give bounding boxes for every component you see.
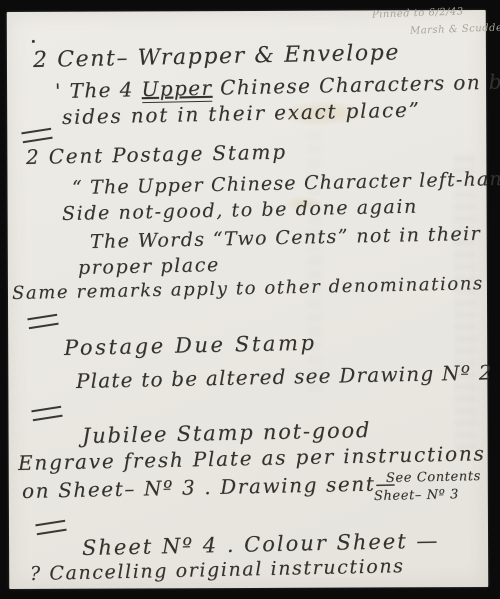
handwriting-line: Plate to be altered see Drawing Nº 2 [76,361,493,393]
handwriting-line: Postage Due Stamp [64,331,317,360]
handwriting-line: proper place [78,255,220,280]
handwriting-line: 2 Cent– Wrapper & Envelope [33,40,400,73]
handwriting-line: Side not-good, to be done again [62,197,418,226]
section-divider-mark [35,520,66,536]
handwriting-line: The Words “Two Cents” not in their [90,224,481,254]
section-divider-mark [31,406,62,422]
handwriting-lines: 2 Cent– Wrapper & Envelope' The 4 Upper … [0,0,500,599]
handwriting-line: ' The 4 Upper Chinese Characters on both [55,70,500,103]
section-divider-mark [21,128,52,144]
handwriting-line: Sheet– Nº 3 [374,488,459,505]
scan-background: Pinned to 6/2/43 Marsh & Scudder 2 Cent–… [0,0,500,599]
handwriting-line: 2 Cent Postage Stamp [26,141,287,169]
handwriting-line: See Contents [386,470,481,487]
handwriting-line: “ The Upper Chinese Character left-hand [72,169,500,200]
section-divider-mark [27,314,58,330]
handwriting-line: sides not in their exact place” [62,98,421,129]
handwriting-line: ? Cancelling original instructions [30,556,405,586]
handwriting-line: on Sheet– Nº 3 . Drawing sent— [22,472,397,503]
